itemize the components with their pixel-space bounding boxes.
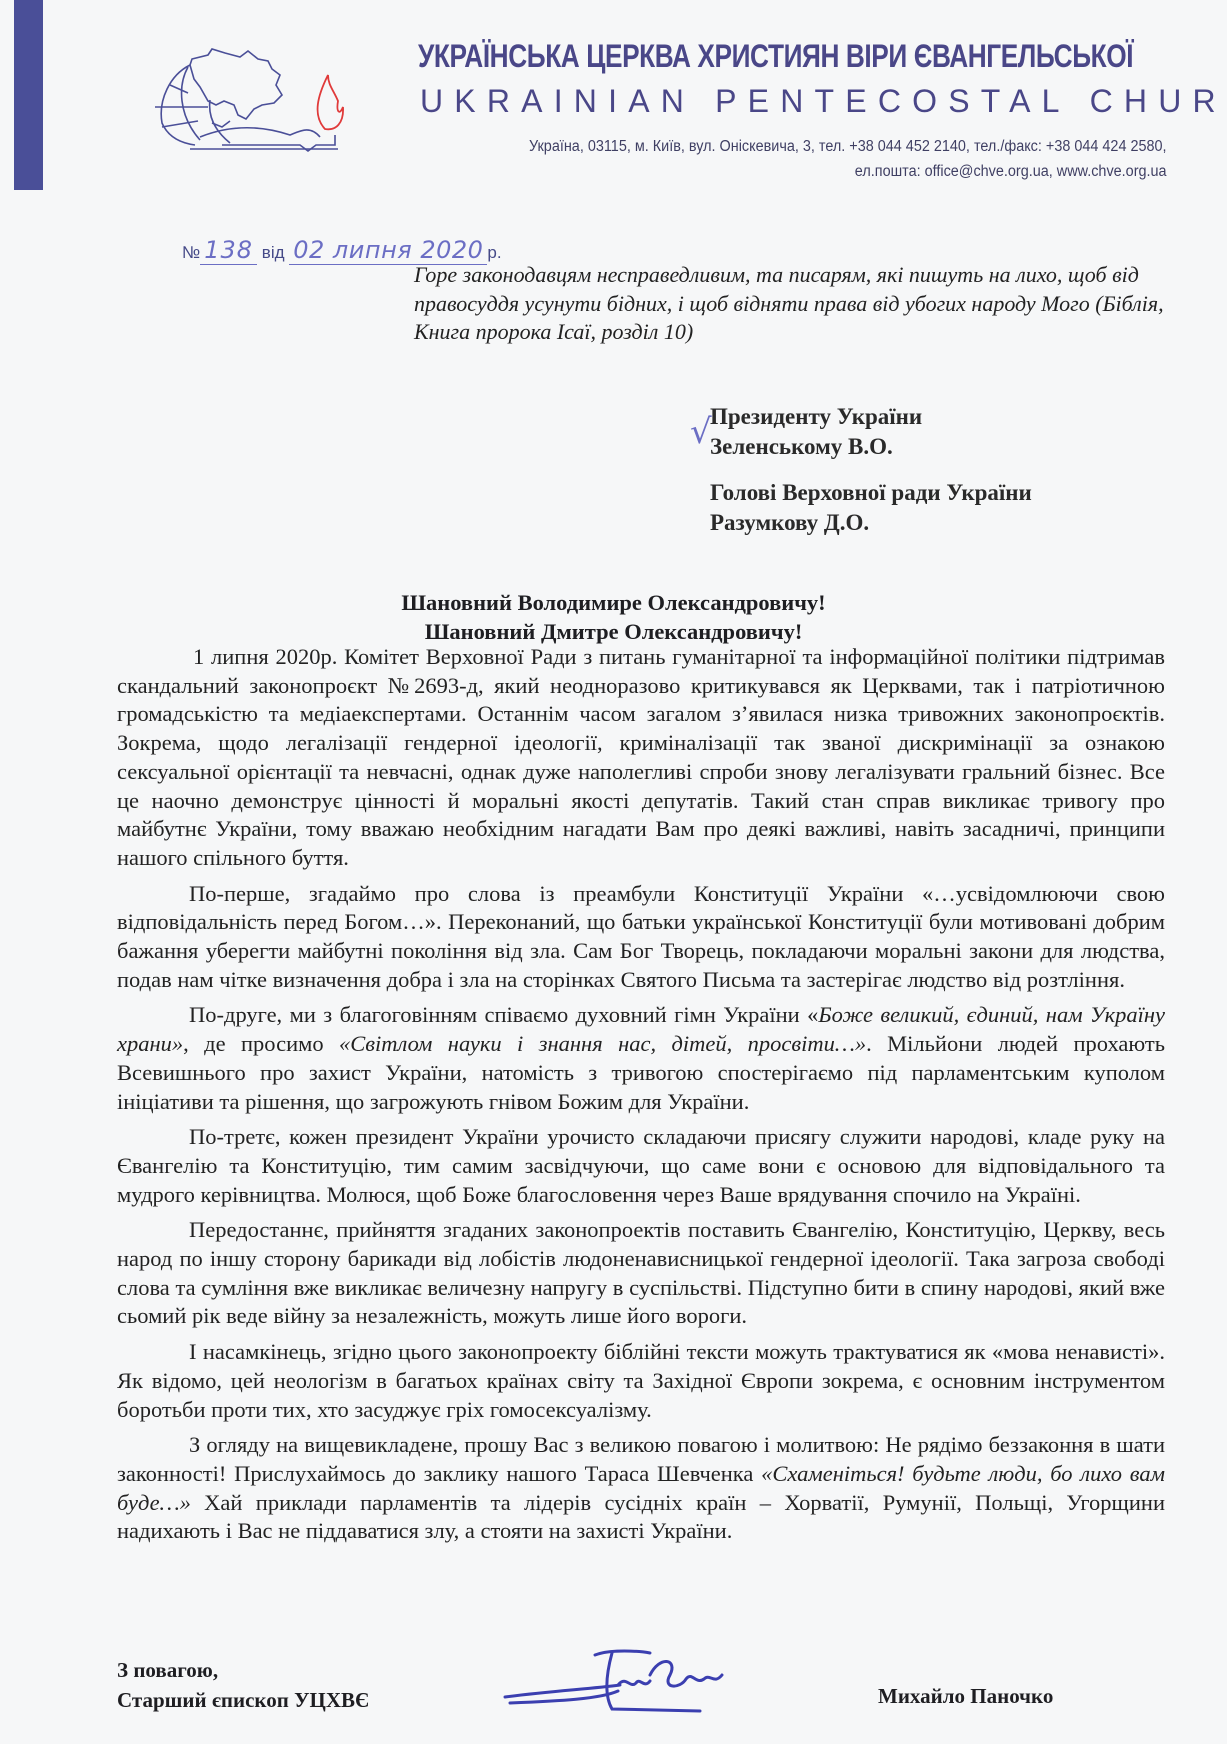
salutation-line: Шановний Володимире Олександровичу! [0,589,1227,618]
recipient-title: Президенту України [710,402,1032,432]
text-run: По-друге, ми з благоговінням співаємо ду… [189,1002,818,1027]
number-prefix: № [182,243,200,262]
text-run: , де просимо [183,1031,339,1056]
document-number: 138 [200,236,257,265]
paragraph: З огляду на вищевикладене, прошу Вас з в… [117,1431,1165,1546]
text-run: Хай приклади парламентів та лідерів сусі… [117,1490,1165,1544]
signer-title: Старший єпископ УЦХВЄ [117,1685,369,1715]
recipients: Президенту України Зеленському В.О. Голо… [710,402,1032,538]
org-address: Україна, 03115, м. Київ, вул. Оніскевича… [529,134,1167,184]
recipient-speaker: Голові Верховної ради України Разумкову … [710,478,1032,538]
letter-body: 1 липня 2020р. Комітет Верховної Ради з … [117,643,1165,1553]
org-contacts-line: ел.пошта: office@chve.org.ua, www.chve.o… [529,159,1167,184]
church-logo-icon [150,45,380,155]
quote-anthem-line: «Світлом науки і знання нас, дітей, прос… [339,1031,866,1056]
epigraph: Горе законодавцям несправедливим, та пис… [414,261,1174,347]
reference-line: №138 від 02 липня 2020р. [182,236,502,264]
recipient-name: Зеленському В.О. [710,432,1032,462]
salutation-line: Шановний Дмитре Олександровичу! [0,618,1227,647]
paragraph: І насамкінець, згідно цього законопроект… [117,1338,1165,1424]
paragraph: По-третє, кожен президент України урочис… [117,1123,1165,1209]
signature-icon [500,1645,760,1725]
salutation: Шановний Володимире Олександровичу! Шано… [0,589,1227,646]
signer-name: Михайло Паночко [878,1684,1053,1709]
org-title-en: UKRAINIAN PENTECOSTAL CHURCH [420,83,1227,120]
letterhead-side-bar [14,0,43,190]
closing-block: З повагою, Старший єпископ УЦХВЄ [117,1655,369,1715]
closing-phrase: З повагою, [117,1655,369,1685]
org-address-line: Україна, 03115, м. Київ, вул. Оніскевича… [529,134,1167,159]
paragraph: По-перше, згадаймо про слова із преамбул… [117,880,1165,995]
recipient-title: Голові Верховної ради України [710,478,1032,508]
handwritten-check-icon: √ [690,412,712,452]
org-title-ua: УКРАЇНСЬКА ЦЕРКВА ХРИСТИЯН ВІРИ ЄВАНГЕЛЬ… [418,38,1133,75]
paragraph: Передостаннє, прийняття згаданих законоп… [117,1216,1165,1331]
recipient-president: Президенту України Зеленському В.О. [710,402,1032,462]
date-prefix: від [262,243,285,262]
recipient-name: Разумкову Д.О. [710,508,1032,538]
paragraph: По-друге, ми з благоговінням співаємо ду… [117,1001,1165,1116]
date-suffix: р. [487,243,501,262]
paragraph: 1 липня 2020р. Комітет Верховної Ради з … [117,643,1165,873]
